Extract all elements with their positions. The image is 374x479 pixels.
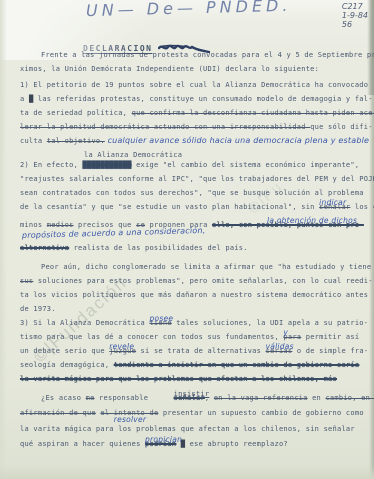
- document-line: Frente a las jornadas de protesta convoc…: [20, 48, 366, 62]
- document-line: 1) El petitorio de 19 puntos sobre el cu…: [20, 78, 366, 92]
- typed-text-segment: "reajustes salariales conforme al IPC", …: [20, 175, 374, 183]
- document-line: la varita mágica para que los problemas …: [20, 372, 366, 386]
- handwritten-segment: cualquier avance sólido hacia una democr…: [105, 136, 369, 145]
- typed-text-segment: un debate serio que: [20, 347, 109, 355]
- heavy-strikethrough-segment: ███████████: [83, 161, 132, 169]
- typed-text-segment: ximos, la Unión Demócrata Independiente …: [20, 65, 319, 73]
- document-body: Frente a las jornadas de protesta convoc…: [20, 48, 366, 451]
- handwritten-insert-above: propician: [145, 436, 182, 444]
- document-line: sean contratados con todos sus derechos"…: [20, 186, 366, 200]
- strikethrough-segment: medios: [47, 221, 74, 229]
- document-line: de 1973.: [20, 302, 366, 316]
- scan-edge-bottom: [0, 465, 374, 479]
- document-line: qué aspiran a hacer quienes podríanpropi…: [20, 437, 366, 451]
- document-line: ximos, la Unión Demócrata Independiente …: [20, 62, 366, 76]
- typed-text-segment: en: [308, 394, 326, 402]
- typed-text-segment: culta: [20, 137, 47, 145]
- typed-text-segment: o de simple fra-: [292, 347, 368, 355]
- typed-text-segment: soluciones para estos problemas", pero o…: [33, 277, 372, 285]
- corner-code: C217: [342, 2, 368, 11]
- typed-text-segment: ta los vicios politiqueros que más dañar…: [20, 291, 368, 299]
- typed-text-segment: que sólo difi-: [310, 123, 373, 131]
- typed-text-segment: la varita mágica para: [20, 425, 114, 433]
- typed-text-segment: Peor aún, dicho conglomerado se limita a…: [41, 263, 371, 271]
- typed-text-segment: ese abrupto reemplazo?: [185, 440, 288, 448]
- handwritten-insert-above: indicar: [319, 199, 346, 207]
- typed-text-segment: 3) Si la Alianza Democrática: [20, 319, 149, 327]
- document-line: la varita mágica pararesolver los proble…: [20, 422, 366, 436]
- heavy-strikethrough-segment: alternativa: [20, 244, 69, 252]
- document-line: culta tal objetivo. cualquier avance sól…: [20, 134, 366, 148]
- strikethrough-segment: tal objetivo.: [47, 137, 105, 145]
- document-line: afirmación de que el intento de presenta…: [20, 406, 366, 420]
- typed-text-segment: presentar un supuesto cambio de gobierno…: [158, 409, 363, 417]
- document-line: seología demagógica, tendiente a insisti…: [20, 358, 366, 372]
- document-scan: ©|Fundación ©|Fu UN— De— PNDED. C217 1-9…: [0, 0, 374, 479]
- typed-text-segment: tismo para que las dé a conocer con todo…: [20, 333, 283, 341]
- strikethrough-segment: en la vaga referencia: [214, 394, 308, 402]
- annotated-segment: podríanpropician: [145, 437, 176, 451]
- annotated-segment: seriasválidas: [266, 344, 293, 358]
- document-line: 2) En efecto, ███████████ exige "el camb…: [20, 158, 366, 172]
- strikethrough-segment: lerar la plenitud democrática actuando c…: [20, 123, 310, 131]
- document-line: a █ las referidas protestas, constituye …: [20, 92, 366, 106]
- handwritten-insert-above: resolver: [114, 416, 146, 424]
- document-line: "reajustes salariales conforme al IPC", …: [20, 172, 366, 186]
- typed-text-segment: seología demagógica,: [20, 361, 114, 369]
- document-line: ta de seriedad política, que confirma la…: [20, 106, 366, 120]
- document-line: ¿Es acaso me responsable señalarinsistir…: [20, 391, 366, 405]
- document-line: ta los vicios politiqueros que más dañar…: [20, 288, 366, 302]
- annotated-segment: juzguerevele: [109, 344, 136, 358]
- typed-text-segment: a: [20, 95, 29, 103]
- heavy-strikethrough-segment: tendiente a insistir en que un cambio de…: [114, 361, 360, 369]
- typed-text-segment: ¿Es acaso: [41, 394, 86, 402]
- typed-insert-above: insistir: [153, 390, 210, 398]
- typed-text-segment: realista de las posibilidades del país.: [69, 244, 248, 252]
- strikethrough-segment: que confirma la desconfianza ciudadana h…: [132, 109, 374, 117]
- corner-number: 56: [342, 20, 368, 29]
- corner-date: 1-9-84: [342, 11, 368, 20]
- corner-annotation: C217 1-9-84 56: [342, 2, 368, 29]
- typed-text-segment: los ca-: [350, 203, 374, 211]
- typed-text-segment: sean contratados con todos sus derechos"…: [20, 189, 364, 197]
- typed-text-segment: si se trata de alternativas: [136, 347, 265, 355]
- document-line: lerar la plenitud democrática actuando c…: [20, 120, 366, 134]
- handwritten-insert-above: válidas: [266, 343, 294, 351]
- handwritten-header-note: UN— De— PNDED.: [86, 0, 326, 20]
- handwritten-insert-above: posee: [149, 315, 173, 323]
- strikethrough-segment: sus: [20, 277, 33, 285]
- typed-text-segment: las referidas protestas, constituye un c…: [33, 95, 372, 103]
- document-line: un debate serio que juzguerevele si se t…: [20, 344, 366, 358]
- typed-text-segment: ta de seriedad política,: [20, 109, 132, 117]
- typed-text-segment: responsable: [95, 394, 153, 402]
- document-line: tismo para que las dé a conocer con todo…: [20, 330, 366, 344]
- annotated-segment: tieneposee: [149, 316, 171, 330]
- strikethrough-segment: me: [86, 394, 95, 402]
- annotated-segment: señalarindicar: [319, 200, 350, 214]
- typed-text-segment: tales soluciones, la UDI apela a su patr…: [172, 319, 368, 327]
- strikethrough-segment: afirmación de que: [20, 409, 96, 417]
- typed-text-segment: qué aspiran a hacer quienes: [20, 440, 145, 448]
- typed-text-segment: minos: [20, 221, 47, 229]
- strikethrough-segment: cambio, en la: [325, 394, 374, 402]
- document-line: 3) Si la Alianza Democrática tieneposee …: [20, 316, 366, 330]
- scan-edge-left: [0, 0, 7, 479]
- annotated-segment: señalarinsistir: [153, 391, 205, 405]
- handwritten-insert-above: y: [283, 329, 288, 337]
- document-line: de la cesantía" y que "se estudie un vas…: [20, 200, 366, 214]
- typed-text-segment: de 1973.: [20, 305, 56, 313]
- typed-text-segment: de la cesantía" y que "se estudie un vas…: [20, 203, 319, 211]
- handwritten-insert-above: revele: [109, 343, 134, 351]
- document-line: Peor aún, dicho conglomerado se limita a…: [20, 260, 366, 274]
- document-line: alternativa realista de las posibilidade…: [20, 241, 366, 255]
- typed-text-segment: 2) En efecto,: [20, 161, 83, 169]
- typed-text-segment: los problemas que afectan a los chilenos…: [114, 425, 355, 433]
- typed-text-segment: exige "el cambio del sistema económico i…: [132, 161, 360, 169]
- typed-text-segment: 1) El petitorio de 19 puntos sobre el cu…: [20, 81, 368, 89]
- heavy-strikethrough-segment: la varita mágica para que los problemas …: [20, 375, 337, 383]
- document-line: sus soluciones para estos problemas", pe…: [20, 274, 366, 288]
- typed-text-segment: Frente a las jornadas de protesta convoc…: [41, 51, 374, 59]
- typed-text-segment: permitir así: [301, 333, 359, 341]
